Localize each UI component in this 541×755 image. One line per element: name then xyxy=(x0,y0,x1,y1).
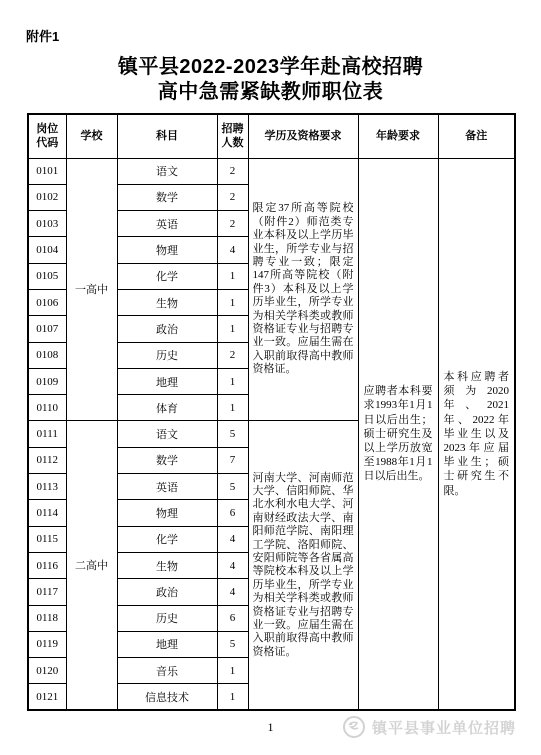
subject-cell: 化学 xyxy=(117,526,217,552)
position-code-cell: 0113 xyxy=(28,474,66,500)
header-recruit-count: 招聘人数 xyxy=(217,114,248,158)
qualification-cell: 限定37所高等院校（附件2）师范类专业本科及以上学历毕业生，所学专业与招聘专业一… xyxy=(248,158,358,421)
header-remark: 备注 xyxy=(438,114,515,158)
position-code-cell: 0118 xyxy=(28,605,66,631)
recruit-count-cell: 1 xyxy=(217,395,248,421)
recruit-count-cell: 6 xyxy=(217,605,248,631)
document-page: 附件1 镇平县2022-2023学年赴高校招聘 高中急需紧缺教师职位表 岗位代码… xyxy=(0,0,541,755)
subject-cell: 生物 xyxy=(117,552,217,578)
recruit-count-cell: 7 xyxy=(217,447,248,473)
subject-cell: 体育 xyxy=(117,395,217,421)
recruit-count-cell: 1 xyxy=(217,289,248,315)
recruit-count-cell: 2 xyxy=(217,158,248,184)
position-code-cell: 0115 xyxy=(28,526,66,552)
position-code-cell: 0106 xyxy=(28,289,66,315)
subject-cell: 语文 xyxy=(117,421,217,447)
position-code-cell: 0109 xyxy=(28,368,66,394)
position-code-cell: 0114 xyxy=(28,500,66,526)
title-line-2: 高中急需紧缺教师职位表 xyxy=(0,80,541,105)
table-row: 0101一高中语文2限定37所高等院校（附件2）师范类专业本科及以上学历毕业生，… xyxy=(28,158,515,184)
subject-cell: 数学 xyxy=(117,184,217,210)
recruit-count-cell: 2 xyxy=(217,211,248,237)
subject-cell: 物理 xyxy=(117,237,217,263)
recruit-count-cell: 4 xyxy=(217,552,248,578)
recruit-count-cell: 2 xyxy=(217,342,248,368)
subject-cell: 地理 xyxy=(117,631,217,657)
subject-cell: 政治 xyxy=(117,316,217,342)
recruit-count-cell: 1 xyxy=(217,658,248,684)
recruit-count-cell: 4 xyxy=(217,237,248,263)
recruit-count-cell: 5 xyxy=(217,421,248,447)
subject-cell: 英语 xyxy=(117,211,217,237)
subject-cell: 音乐 xyxy=(117,658,217,684)
header-age-requirement: 年龄要求 xyxy=(358,114,438,158)
position-code-cell: 0121 xyxy=(28,684,66,710)
position-code-cell: 0116 xyxy=(28,552,66,578)
subject-cell: 语文 xyxy=(117,158,217,184)
recruit-count-cell: 4 xyxy=(217,526,248,552)
recruit-count-cell: 4 xyxy=(217,579,248,605)
position-code-cell: 0110 xyxy=(28,395,66,421)
recruit-count-cell: 5 xyxy=(217,474,248,500)
position-code-cell: 0105 xyxy=(28,263,66,289)
header-qualification: 学历及资格要求 xyxy=(248,114,358,158)
header-position-code: 岗位代码 xyxy=(28,114,66,158)
subject-cell: 历史 xyxy=(117,342,217,368)
remark-cell: 本科应聘者须为2020年、2021年、2022年毕业生以及2023年应届毕业生；… xyxy=(438,158,515,710)
age-requirement-cell: 应聘者本科要求1993年1月1日以后出生；硕士研究生及以上学历放宽至1988年1… xyxy=(358,158,438,710)
school-cell: 一高中 xyxy=(66,158,117,421)
subject-cell: 信息技术 xyxy=(117,684,217,710)
positions-tbody: 0101一高中语文2限定37所高等院校（附件2）师范类专业本科及以上学历毕业生，… xyxy=(28,158,515,710)
attachment-label: 附件1 xyxy=(26,26,59,45)
title-line-1: 镇平县2022-2023学年赴高校招聘 xyxy=(0,55,541,80)
position-code-cell: 0108 xyxy=(28,342,66,368)
recruit-count-cell: 1 xyxy=(217,316,248,342)
subject-cell: 历史 xyxy=(117,605,217,631)
header-subject: 科目 xyxy=(117,114,217,158)
subject-cell: 数学 xyxy=(117,447,217,473)
position-code-cell: 0117 xyxy=(28,579,66,605)
recruit-count-cell: 5 xyxy=(217,631,248,657)
position-code-cell: 0111 xyxy=(28,421,66,447)
position-code-cell: 0119 xyxy=(28,631,66,657)
position-code-cell: 0120 xyxy=(28,658,66,684)
recruit-count-cell: 2 xyxy=(217,184,248,210)
header-school: 学校 xyxy=(66,114,117,158)
page-title: 镇平县2022-2023学年赴高校招聘 高中急需紧缺教师职位表 xyxy=(0,55,541,105)
watermark-logo-icon xyxy=(342,715,366,739)
school-cell: 二高中 xyxy=(66,421,117,710)
subject-cell: 英语 xyxy=(117,474,217,500)
position-code-cell: 0101 xyxy=(28,158,66,184)
position-code-cell: 0102 xyxy=(28,184,66,210)
table-header-row: 岗位代码 学校 科目 招聘人数 学历及资格要求 年龄要求 备注 xyxy=(28,114,515,158)
subject-cell: 生物 xyxy=(117,289,217,315)
subject-cell: 政治 xyxy=(117,579,217,605)
subject-cell: 物理 xyxy=(117,500,217,526)
watermark-text: 镇平县事业单位招聘 xyxy=(372,717,516,738)
recruit-count-cell: 1 xyxy=(217,684,248,710)
recruit-count-cell: 1 xyxy=(217,368,248,394)
position-code-cell: 0107 xyxy=(28,316,66,342)
recruit-count-cell: 1 xyxy=(217,263,248,289)
position-code-cell: 0104 xyxy=(28,237,66,263)
positions-table: 岗位代码 学校 科目 招聘人数 学历及资格要求 年龄要求 备注 0101一高中语… xyxy=(27,113,516,711)
subject-cell: 化学 xyxy=(117,263,217,289)
watermark: 镇平县事业单位招聘 xyxy=(342,715,516,739)
subject-cell: 地理 xyxy=(117,368,217,394)
recruit-count-cell: 6 xyxy=(217,500,248,526)
position-code-cell: 0112 xyxy=(28,447,66,473)
qualification-cell: 河南大学、河南师范大学、信阳师院、华北水利水电大学、河南财经政法大学、南阳师范学… xyxy=(248,421,358,710)
position-code-cell: 0103 xyxy=(28,211,66,237)
